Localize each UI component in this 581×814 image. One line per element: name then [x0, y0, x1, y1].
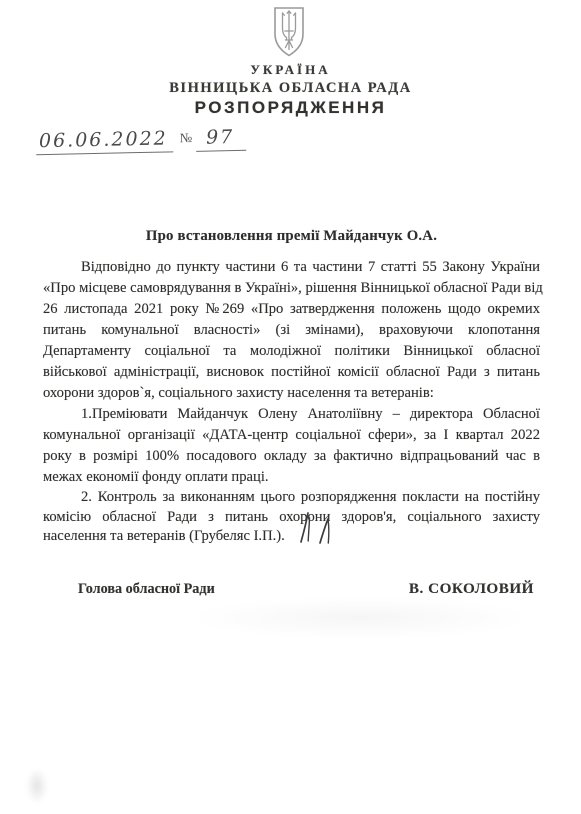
handwritten-date: 06.06.2022: [36, 127, 173, 155]
text-line: межах економії фонду оплати праці.: [43, 467, 540, 488]
number-sign: №: [180, 130, 193, 146]
header-doc-type: РОЗПОРЯДЖЕННЯ: [0, 98, 581, 118]
text-line: року в розмірі 100% посадового окладу за…: [43, 446, 540, 467]
pen-stroke-icon: [297, 512, 312, 549]
text-line: «Про місцеве самоврядування в Україні», …: [43, 278, 540, 299]
scan-artifact: [26, 768, 48, 804]
text-line: охорони здоров`я, соціального захисту на…: [43, 383, 540, 404]
text-line: 26 листопада 2021 року №269 «Про затверд…: [43, 299, 540, 320]
document-title: Про встановлення премії Майданчук О.А.: [43, 226, 540, 246]
text-line: населення та ветеранів (Грубеляс І.П.).: [43, 527, 540, 547]
header-organization: ВІННИЦЬКА ОБЛАСНА РАДА: [0, 80, 581, 97]
document-body: Про встановлення премії Майданчук О.А. В…: [43, 226, 540, 598]
document-page: УКРАЇНА ВІННИЦЬКА ОБЛАСНА РАДА РОЗПОРЯДЖ…: [0, 0, 581, 814]
header-country: УКРАЇНА: [0, 62, 581, 78]
text-line: комунальної організації «ДАТА-центр соці…: [43, 425, 540, 446]
signatory-role: Голова обласної Ради: [78, 581, 215, 598]
handwritten-number: 97: [196, 126, 247, 152]
text-line: питань комунальної власності» (зі змінам…: [43, 320, 540, 341]
text-line: 2. Контроль за виконанням цього розпоряд…: [43, 488, 540, 508]
paragraph-item-1: 1.Преміювати Майданчук Олену Анатоліївну…: [43, 404, 540, 488]
date-number-line: 06.06.2022№97: [36, 126, 247, 155]
pen-stroke-icon: [317, 517, 333, 550]
paragraph-item-2: 2. Контроль за виконанням цього розпоряд…: [43, 488, 540, 547]
text-line: військової адміністрації, висновок пості…: [43, 362, 540, 383]
text-line: комісію обласної Ради з питань охорони з…: [43, 508, 540, 528]
text-line: 1.Преміювати Майданчук Олену Анатоліївну…: [43, 404, 540, 425]
paragraph-preamble: Відповідно до пункту частини 6 та частин…: [43, 257, 540, 404]
text-line: Відповідно до пункту частини 6 та частин…: [43, 257, 540, 278]
signatory-name: В. СОКОЛОВИЙ: [409, 580, 534, 598]
signature-block: Голова обласної Ради В. СОКОЛОВИЙ: [43, 580, 540, 598]
text-line: Департаменту соціальної та молодіжної по…: [43, 341, 540, 362]
scan-artifact: [200, 598, 520, 638]
ukraine-trident-shield-icon: [272, 7, 306, 57]
